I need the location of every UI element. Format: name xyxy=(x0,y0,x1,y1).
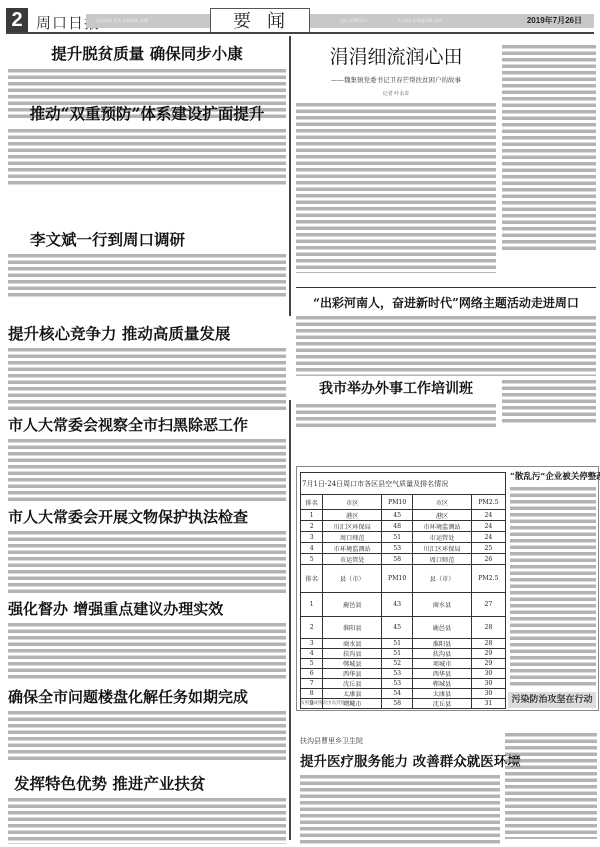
headline[interactable]: 李文斌一行到周口调研 xyxy=(8,228,286,250)
air-quality-table: 7月1日-24日周口市各区县空气质量及排名情况 排名 市区 PM10 市区 PM… xyxy=(300,472,506,709)
article-body-continued xyxy=(502,380,596,424)
headline[interactable]: “散乱污”企业被关停整改 xyxy=(510,470,596,482)
article[interactable]: 市人大常委会视察全市扫黑除恶工作 xyxy=(8,414,286,503)
table-row: 1鹿邑县43商水县27 xyxy=(301,593,506,617)
article[interactable]: 我市举办外事工作培训班 xyxy=(296,378,496,430)
article[interactable]: 扶沟县曹里乡卫生院 提升医疗服务能力 改善群众就医环境 xyxy=(300,736,500,845)
table-row: 8太康县54太康县30 xyxy=(301,689,506,699)
article-body xyxy=(8,798,286,844)
column-divider xyxy=(289,36,291,316)
article-body xyxy=(8,254,286,298)
article[interactable]: 推动“双重预防”体系建设扩面提升 xyxy=(8,102,286,187)
col-header: PM10 xyxy=(382,495,413,510)
headline[interactable]: 市人大常委会视察全市扫黑除恶工作 xyxy=(8,414,286,435)
table-row: 5市运管处58周口师范26 xyxy=(301,554,506,565)
headline[interactable]: 推动“双重预防”体系建设扩面提升 xyxy=(8,102,286,124)
subheadline: ——魏集镇党委书记卫春芒帮扶贫困户的故事 xyxy=(296,75,496,84)
article-body-continued xyxy=(505,733,597,839)
headline[interactable]: 涓涓细流润心田 xyxy=(296,42,496,69)
col-header: PM2.5 xyxy=(471,565,505,593)
kicker: 扶沟县曹里乡卫生院 xyxy=(300,736,500,746)
article[interactable]: 确保全市问题楼盘化解任务如期完成 xyxy=(8,686,286,761)
col-header: PM10 xyxy=(382,565,413,593)
headline[interactable]: “出彩河南人，奋进新时代”网络主题活动走进周口 xyxy=(296,294,596,311)
column-divider xyxy=(289,400,291,840)
article-body xyxy=(510,487,596,687)
article-body xyxy=(8,439,286,503)
article[interactable]: 强化督办 增强重点建议办理实效 xyxy=(8,598,286,681)
campaign-badge: 污染防治攻坚在行动 xyxy=(508,692,596,708)
headline[interactable]: 市人大常委会开展文物保护执法检查 xyxy=(8,506,286,527)
headline[interactable]: 发挥特色优势 推进产业扶贫 xyxy=(8,772,286,794)
headline[interactable]: 确保全市问题楼盘化解任务如期完成 xyxy=(8,686,286,707)
article-body xyxy=(8,623,286,681)
article-body xyxy=(296,103,496,273)
article-body xyxy=(300,775,500,845)
masthead-rule xyxy=(6,32,594,34)
byline: 记者 叶永奇 xyxy=(296,90,496,97)
table-row: 4扶沟县51扶沟县29 xyxy=(301,649,506,659)
headline[interactable]: 提升核心竞争力 推动高质量发展 xyxy=(8,322,286,344)
article-body xyxy=(8,129,286,187)
table-row: 2川汇区环保局48市环境监测站24 xyxy=(301,521,506,532)
article[interactable]: “散乱污”企业被关停整改 xyxy=(510,470,596,687)
headline[interactable]: 我市举办外事工作培训班 xyxy=(296,378,496,398)
article[interactable]: 发挥特色优势 推进产业扶贫 xyxy=(8,772,286,844)
headline[interactable]: 提升医疗服务能力 改善群众就医环境 xyxy=(300,750,500,770)
col-header: 县（市） xyxy=(323,565,382,593)
col-header: PM2.5 xyxy=(471,495,505,510)
col-header: 县（市） xyxy=(413,565,472,593)
table-row: 7沈丘县53郸城县30 xyxy=(301,679,506,689)
divider xyxy=(296,287,596,288)
article[interactable]: 李文斌一行到周口调研 xyxy=(8,228,286,298)
editors-band: 责任编辑 蔡杰 见班编辑 杨柳 xyxy=(86,14,210,28)
headline[interactable]: 强化督办 增强重点建议办理实效 xyxy=(8,598,286,619)
table-row: 4市环境监测站53川汇区环保局25 xyxy=(301,543,506,554)
article-body xyxy=(8,711,286,761)
article[interactable]: 市人大常委会开展文物保护执法检查 xyxy=(8,506,286,595)
page-number: 2 xyxy=(6,8,28,32)
table-row: 1港区45港区24 xyxy=(301,510,506,521)
col-header: 排名 xyxy=(301,565,323,593)
table-row: 6西华县53西华县30 xyxy=(301,669,506,679)
table-row: 3周口师范51市运管处24 xyxy=(301,532,506,543)
table-row: 5郸城县52项城市29 xyxy=(301,659,506,669)
phone: 电话 8199233 xyxy=(340,18,367,23)
section-title: 要闻 xyxy=(210,8,310,34)
article-body xyxy=(8,531,286,595)
feature-article[interactable]: 涓涓细流润心田 ——魏集镇党委书记卫春芒帮扶贫困户的故事 记者 叶永奇 xyxy=(296,42,496,273)
article-body-continued xyxy=(502,45,596,253)
table-note: 按照完成情况由高到低排列 xyxy=(300,700,354,706)
col-header: 市区 xyxy=(323,495,382,510)
table-title: 7月1日-24日周口市各区县空气质量及排名情况 xyxy=(301,473,506,495)
col-header: 市区 xyxy=(413,495,472,510)
headline[interactable]: 提升脱贫质量 确保同步小康 xyxy=(8,42,286,64)
article-body xyxy=(296,316,596,376)
issue-date: 2019年7月26日 xyxy=(527,14,582,28)
article[interactable]: “出彩河南人，奋进新时代”网络主题活动走进周口 xyxy=(296,294,596,376)
email: E-mail zkrb@126.com xyxy=(398,18,442,23)
article[interactable]: 提升核心竞争力 推动高质量发展 xyxy=(8,322,286,412)
table-row: 3商水县51淮阳县28 xyxy=(301,639,506,649)
table-row: 2淮阳县45鹿邑县28 xyxy=(301,617,506,639)
article-body xyxy=(296,404,496,430)
article-body xyxy=(8,348,286,412)
masthead: 2 周口日报 责任编辑 蔡杰 见班编辑 杨柳 要闻 电话 8199233 E-m… xyxy=(0,0,600,34)
col-header: 排名 xyxy=(301,495,323,510)
